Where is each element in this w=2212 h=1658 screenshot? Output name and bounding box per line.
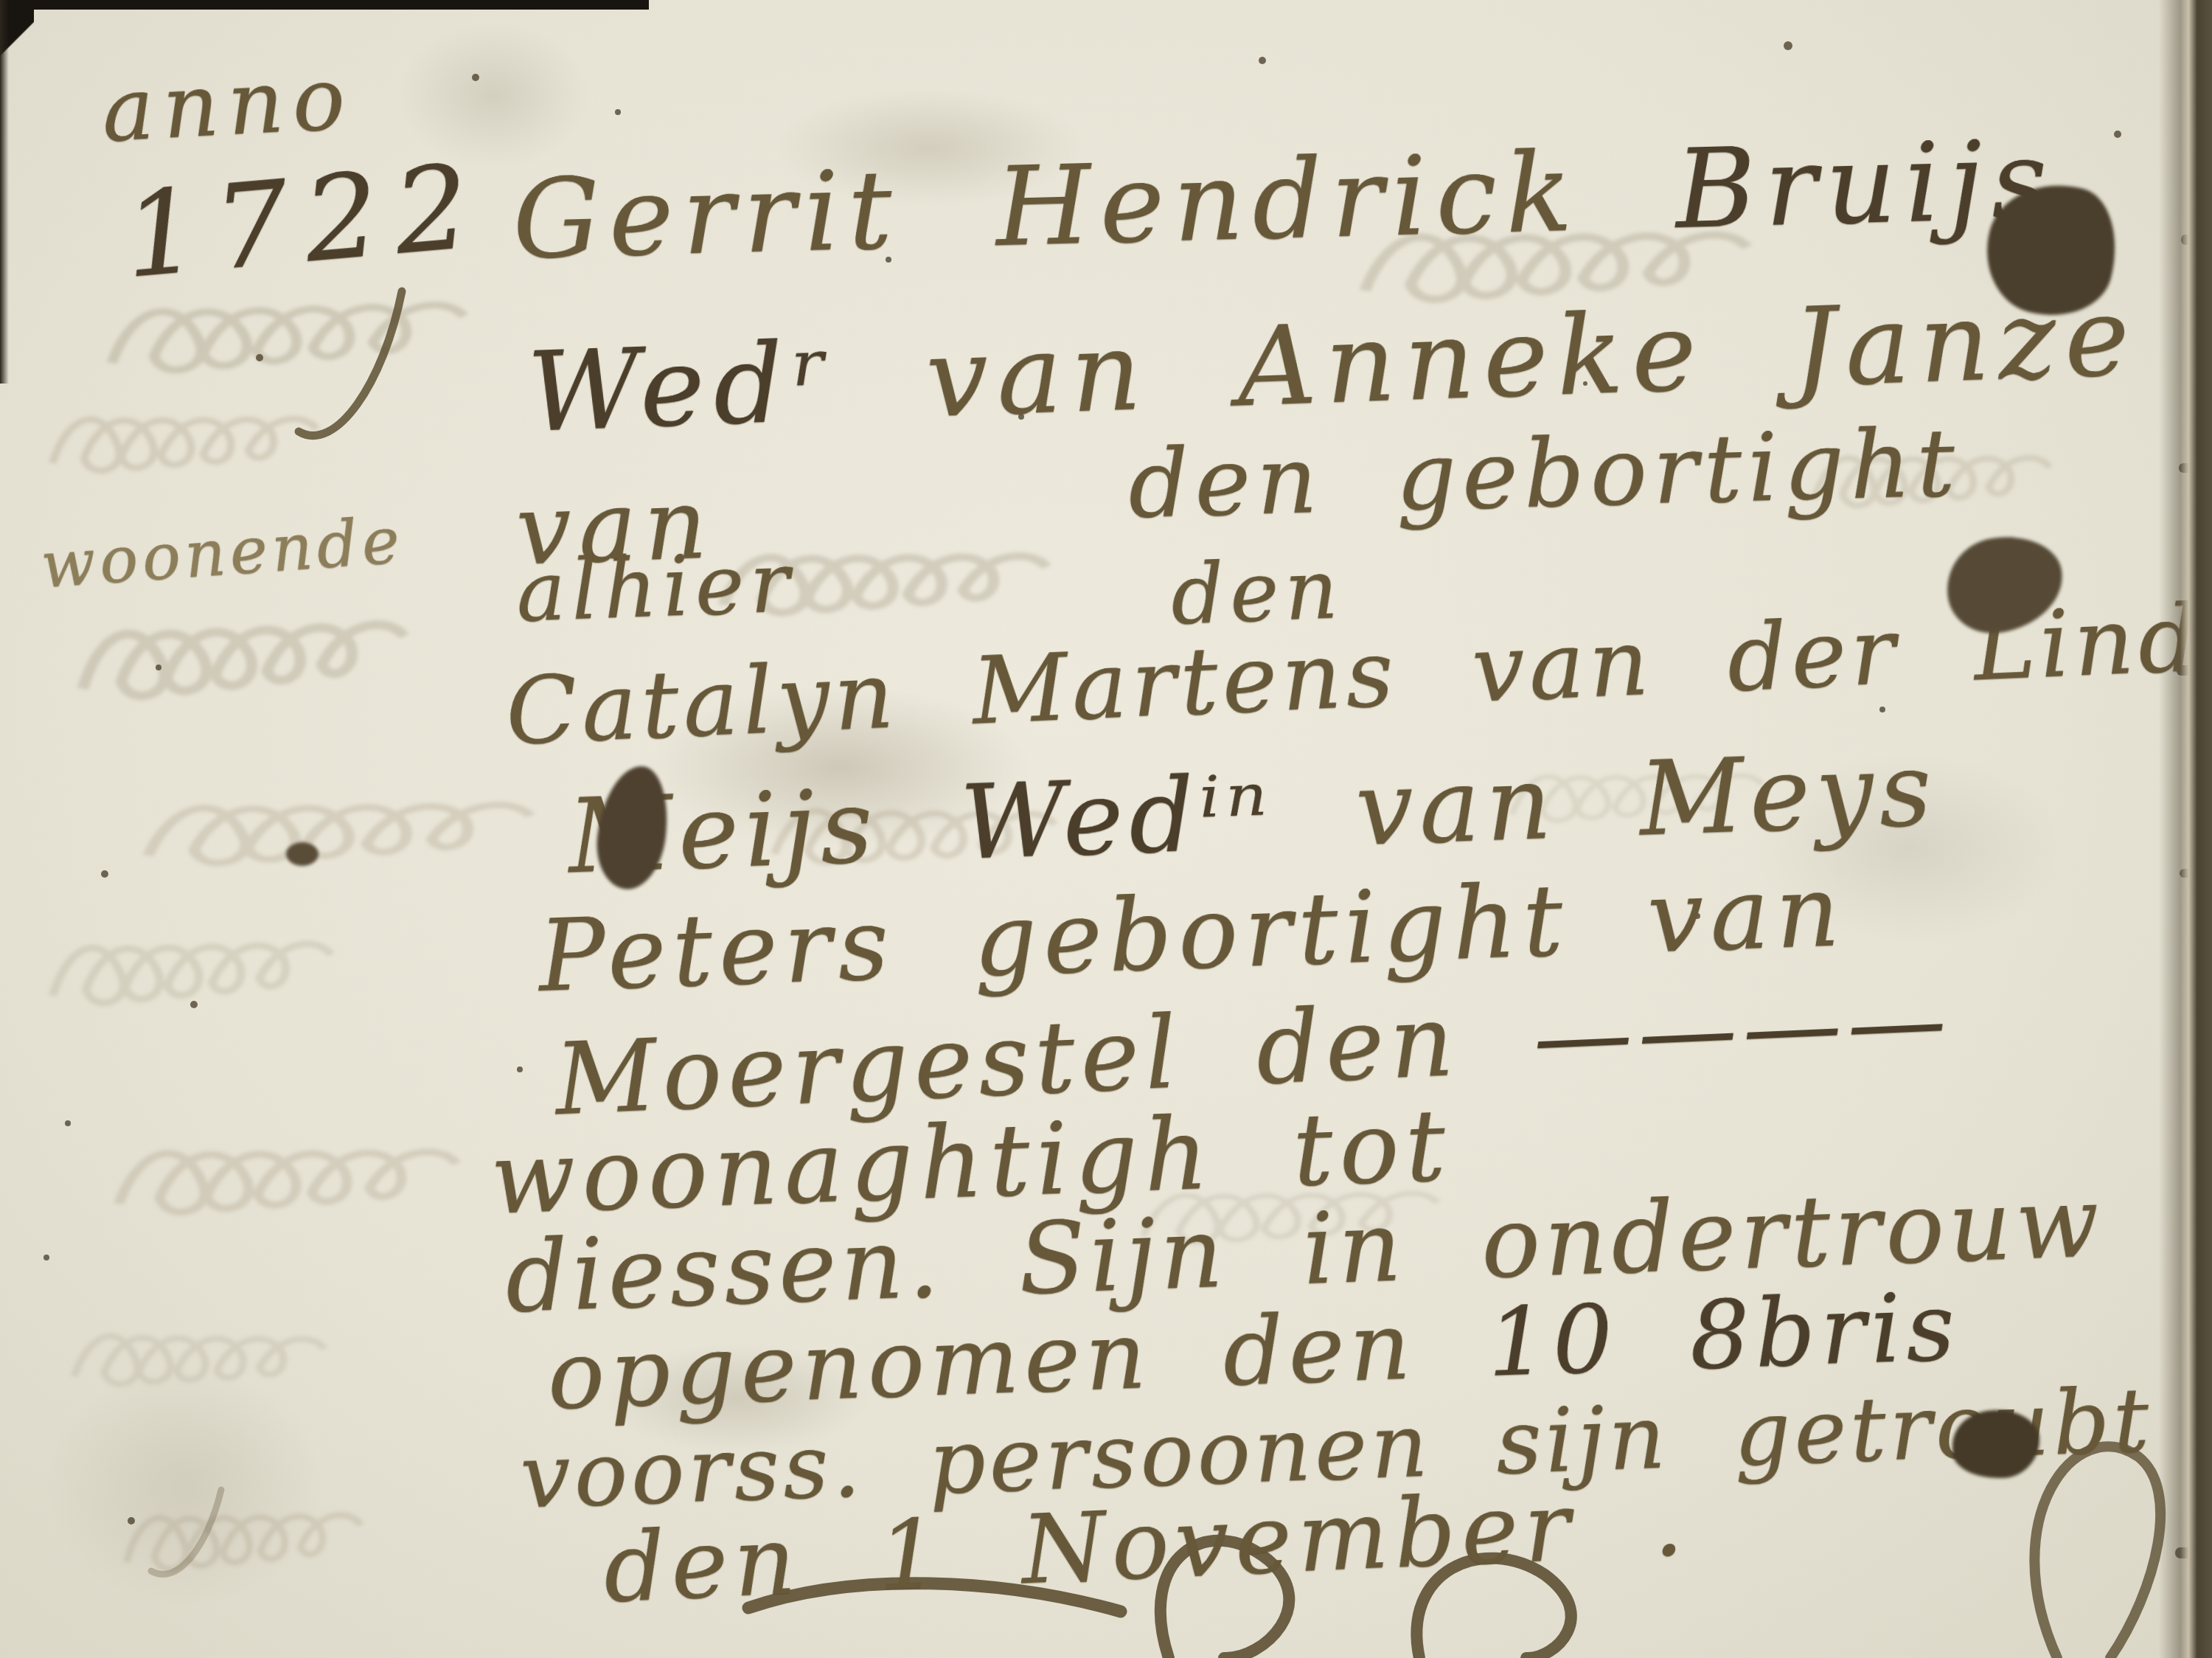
year-text: 1722 — [119, 138, 490, 305]
widow-abbreviation: Wedⁱⁿ — [959, 753, 1276, 883]
line-groom-name: Gerrit Hendrick Bruijs — [511, 117, 2057, 284]
anno-text: anno — [100, 46, 356, 162]
ink-blot — [1952, 1410, 2039, 1478]
line-groom-origin-birth: den gebortight — [1127, 408, 1961, 539]
entry-year: 1722 — [119, 138, 490, 305]
late-husband-name: van Meys — [1271, 730, 1939, 872]
margin-note: woonende — [38, 504, 406, 603]
margin-note-text: woonende — [38, 504, 406, 603]
margin-year-label: anno — [100, 46, 356, 162]
page-edge-top — [0, 0, 649, 10]
origin-birth-text: den gebortight — [1127, 408, 1961, 539]
blank-dash: ———— — [1456, 962, 1954, 1098]
paper-stain — [44, 1364, 324, 1608]
widower-abbreviation: Wedʳ — [526, 318, 841, 456]
ink-blot — [286, 842, 319, 866]
page-binding-right — [2159, 0, 2212, 1658]
year-descender-flourish — [299, 291, 402, 436]
next-entry-flourish — [2034, 1446, 2160, 1658]
groom-given-names: Gerrit Hendrick — [511, 126, 1677, 283]
line-groom-residence-alhier: alhier — [515, 535, 797, 640]
manuscript-page: anno 1722 Gerrit Hendrick Bruijs Wedʳ va… — [0, 0, 2212, 1658]
page-edge-left — [0, 0, 9, 384]
alhier-text: alhier — [515, 535, 797, 640]
